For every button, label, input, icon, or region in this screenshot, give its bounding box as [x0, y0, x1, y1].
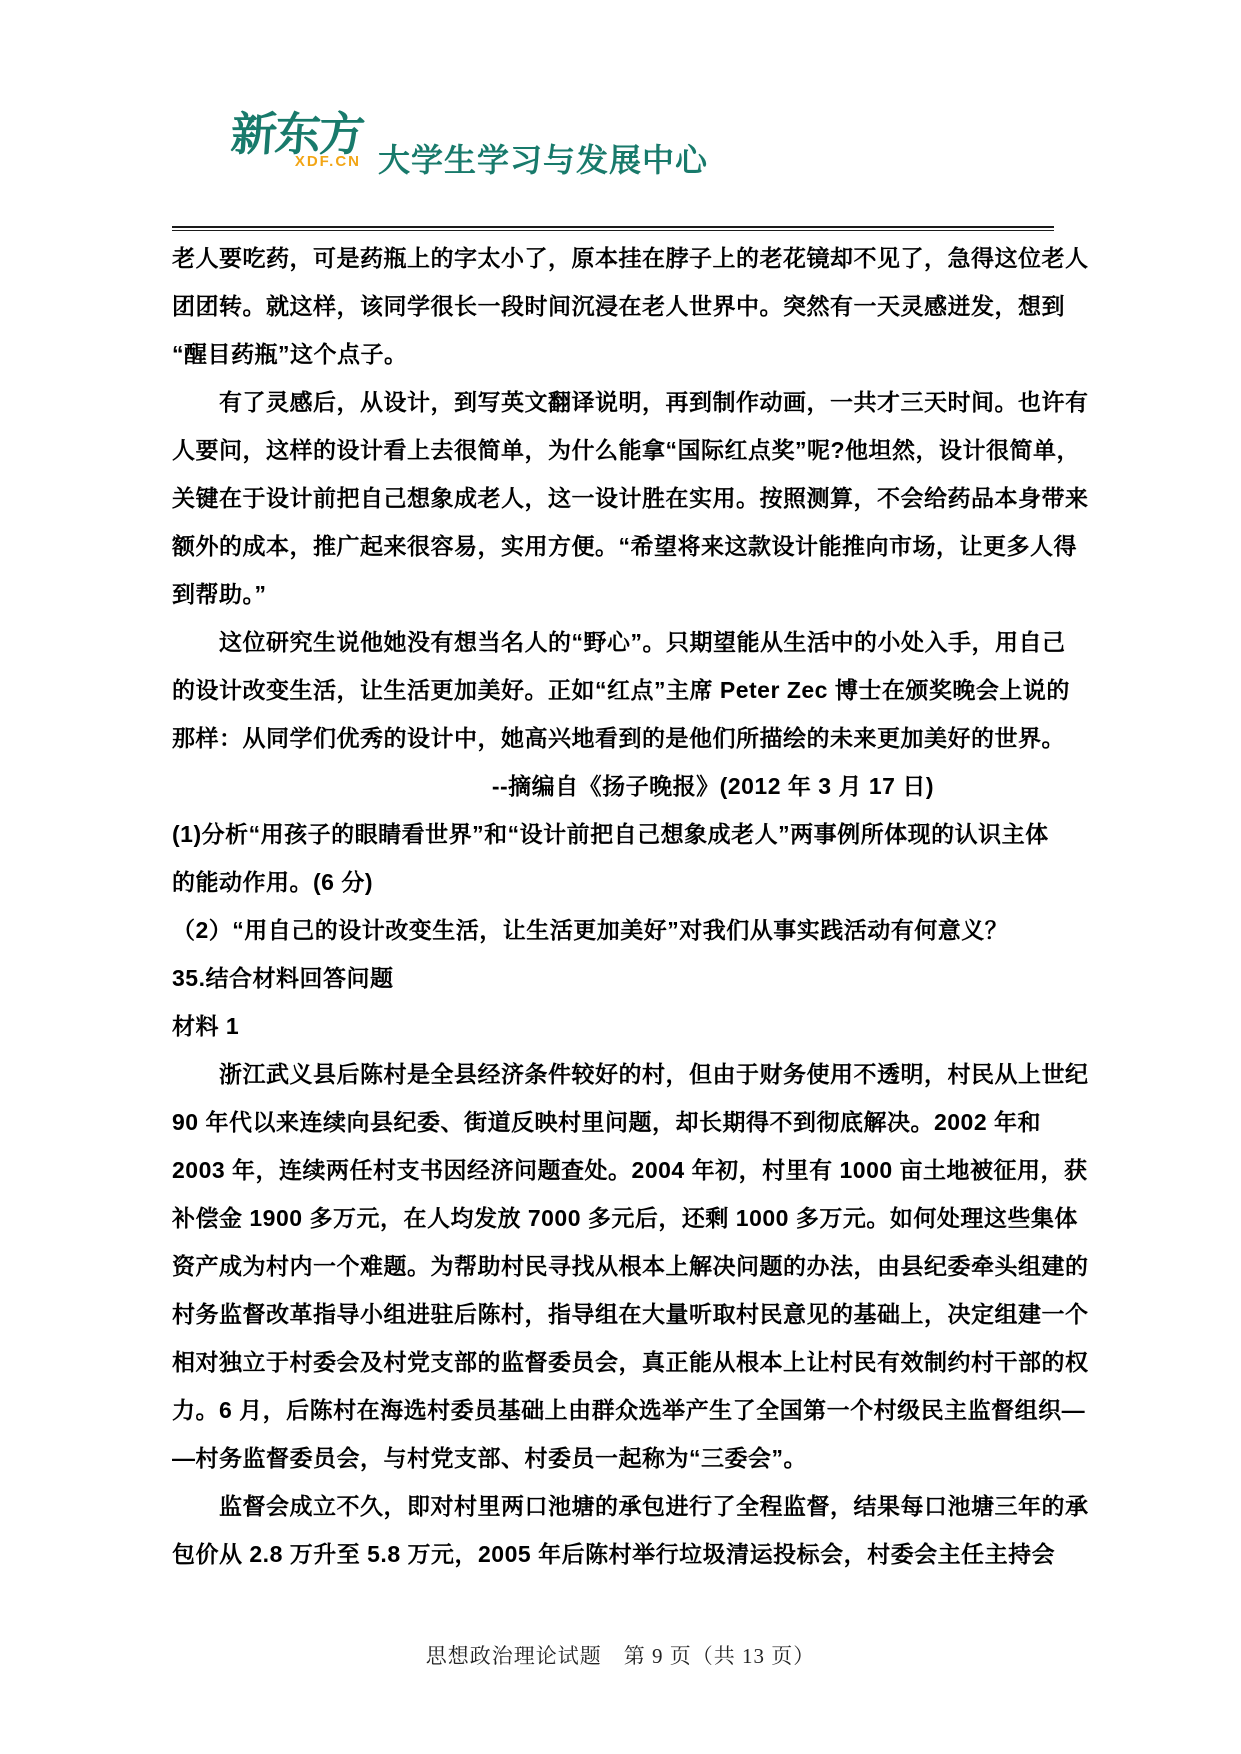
- body-line: 浙江武义县后陈村是全县经济条件较好的村，但由于财务使用不透明，村民从上世纪: [172, 1050, 1056, 1098]
- body-line: 力。6 月，后陈村在海选村委员基础上由群众选举产生了全国第一个村级民主监督组织—: [172, 1386, 1056, 1434]
- body-line: 补偿金 1900 多万元，在人均发放 7000 多元后，还剩 1000 多万元。…: [172, 1194, 1056, 1242]
- xdf-logo-text: 新东方: [229, 108, 363, 160]
- body-line: 有了灵感后，从设计，到写英文翻译说明，再到制作动画，一共才三天时间。也许有: [172, 378, 1056, 426]
- question-1-line: 的能动作用。(6 分): [172, 858, 1056, 906]
- body-line: 监督会成立不久，即对村里两口池塘的承包进行了全程监督，结果每口池塘三年的承: [172, 1482, 1056, 1530]
- document-body: 老人要吃药，可是药瓶上的字太小了，原本挂在脖子上的老花镜却不见了，急得这位老人 …: [172, 234, 1056, 1578]
- body-line: 关键在于设计前把自己想象成老人，这一设计胜在实用。按照测算，不会给药品本身带来: [172, 474, 1056, 522]
- body-line: 包价从 2.8 万升至 5.8 万元，2005 年后陈村举行垃圾清运投标会，村委…: [172, 1530, 1056, 1578]
- body-line: 这位研究生说他她没有想当名人的“野心”。只期望能从生活中的小处入手，用自己: [172, 618, 1056, 666]
- body-line: 人要问，这样的设计看上去很简单，为什么能拿“国际红点奖”呢?他坦然，设计很简单，: [172, 426, 1056, 474]
- material-1-heading: 材料 1: [172, 1002, 1056, 1050]
- question-35-heading: 35.结合材料回答问题: [172, 954, 1056, 1002]
- attribution-line: --摘编自《扬子晚报》(2012 年 3 月 17 日): [172, 762, 1056, 810]
- body-line: 老人要吃药，可是药瓶上的字太小了，原本挂在脖子上的老花镜却不见了，急得这位老人: [172, 234, 1056, 282]
- body-line: 团团转。就这样，该同学很长一段时间沉浸在老人世界中。突然有一天灵感迸发，想到: [172, 282, 1056, 330]
- body-line: 那样：从同学们优秀的设计中，她高兴地看到的是他们所描绘的未来更加美好的世界。: [172, 714, 1056, 762]
- question-1-line: (1)分析“用孩子的眼睛看世界”和“设计前把自己想象成老人”两事例所体现的认识主…: [172, 810, 1056, 858]
- body-line: 90 年代以来连续向县纪委、街道反映村里问题，却长期得不到彻底解决。2002 年…: [172, 1098, 1056, 1146]
- document-page: 新东方 XDF.CN 大学生学习与发展中心 老人要吃药，可是药瓶上的字太小了，原…: [0, 0, 1241, 1754]
- page-footer: 思想政治理论试题 第 9 页（共 13 页）: [0, 1640, 1241, 1670]
- footer-text: 思想政治理论试题 第 9 页（共 13 页）: [426, 1644, 816, 1668]
- body-line: 到帮助。”: [172, 570, 1056, 618]
- body-line: 村务监督改革指导小组进驻后陈村，指导组在大量听取村民意见的基础上，决定组建一个: [172, 1290, 1056, 1338]
- body-line: 额外的成本，推广起来很容易，实用方便。“希望将来这款设计能推向市场，让更多人得: [172, 522, 1056, 570]
- body-line: 2003 年，连续两任村支书因经济问题查处。2004 年初，村里有 1000 亩…: [172, 1146, 1056, 1194]
- header-divider: [172, 226, 1054, 231]
- header-center-name: 大学生学习与发展中心: [378, 135, 708, 181]
- question-2-line: （2）“用自己的设计改变生活，让生活更加美好”对我们从事实践活动有何意义？: [172, 906, 1056, 954]
- body-line: 资产成为村内一个难题。为帮助村民寻找从根本上解决问题的办法，由县纪委牵头组建的: [172, 1242, 1056, 1290]
- body-line: 相对独立于村委会及村党支部的监督委员会，真正能从根本上让村民有效制约村干部的权: [172, 1338, 1056, 1386]
- body-line: “醒目药瓶”这个点子。: [172, 330, 1056, 378]
- body-line: —村务监督委员会，与村党支部、村委员一起称为“三委会”。: [172, 1434, 1056, 1482]
- body-line: 的设计改变生活，让生活更加美好。正如“红点”主席 Peter Zec 博士在颁奖…: [172, 666, 1056, 714]
- xdf-logo: 新东方 XDF.CN: [231, 108, 361, 170]
